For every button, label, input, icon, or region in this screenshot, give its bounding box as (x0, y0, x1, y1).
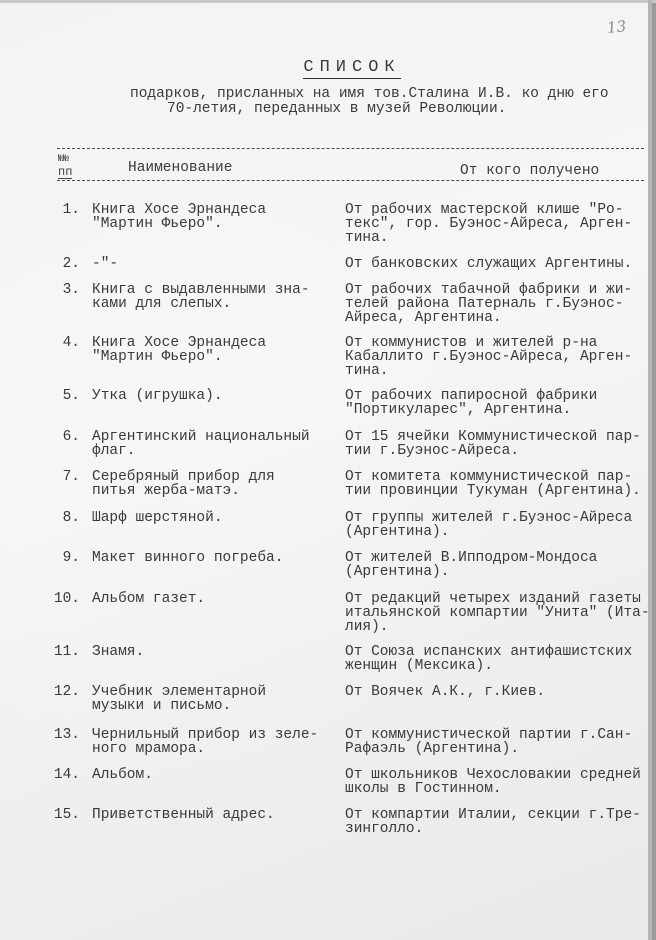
row-number: 2. (0, 257, 80, 271)
row-number: 12. (0, 685, 80, 699)
gift-sender: От Воячек А.К., г.Киев. (345, 685, 655, 699)
row-number: 15. (0, 808, 80, 822)
row-number: 8. (0, 511, 80, 525)
gift-name: Приветственный адрес. (92, 808, 332, 822)
gift-sender: От банковских служащих Аргентины. (345, 257, 655, 271)
gift-name: Аргентинский национальный флаг. (92, 430, 332, 458)
gift-sender: От компартии Италии, секции г.Тре- зинго… (345, 808, 655, 836)
row-number: 10. (0, 592, 80, 606)
row-number: 5. (0, 389, 80, 403)
row-number: 7. (0, 470, 80, 484)
gift-name: Макет винного погреба. (92, 551, 332, 565)
row-number: 9. (0, 551, 80, 565)
gift-name: Шарф шерстяной. (92, 511, 332, 525)
row-number: 1. (0, 203, 80, 217)
gift-sender: От 15 ячейки Коммунистической пар- тии г… (345, 430, 655, 458)
gift-sender: От коммунистов и жителей р-на Кабаллито … (345, 336, 655, 378)
gift-name: Альбом. (92, 768, 332, 782)
gift-name: -"- (92, 257, 332, 271)
subtitle-line-2: 70-летия, переданных в музей Революции. (130, 102, 650, 117)
row-number: 6. (0, 430, 80, 444)
row-number: 11. (0, 645, 80, 659)
table-top-rule (57, 148, 644, 149)
gift-name: Книга Хосе Эрнандеса "Мартин Фьеро". (92, 203, 332, 231)
gift-sender: От редакций четырех изданий газеты италь… (345, 592, 655, 634)
gift-sender: От школьников Чехословакии средней школы… (345, 768, 655, 796)
gift-name: Утка (игрушка). (92, 389, 332, 403)
gift-sender: От Союза испанских антифашистских женщин… (345, 645, 655, 673)
gift-sender: От коммунистической партии г.Сан- Рафаэл… (345, 728, 655, 756)
row-number: 14. (0, 768, 80, 782)
document-page: 13 СПИСОК подарков, присланных на имя то… (0, 0, 652, 940)
page-top-edge (0, 0, 656, 3)
column-header-number: №№ пп (58, 154, 72, 179)
gift-name: Серебряный прибор для питья жерба-матэ. (92, 470, 332, 498)
gift-name: Знамя. (92, 645, 332, 659)
column-header-from: От кого получено (460, 163, 599, 179)
gift-name: Альбом газет. (92, 592, 332, 606)
document-title-text: СПИСОК (303, 58, 400, 79)
gift-sender: От жителей В.Ипподром-Мондоса (Аргентина… (345, 551, 655, 579)
gift-name: Книга с выдавленными зна- ками для слепы… (92, 283, 332, 311)
subtitle-line-1: подарков, присланных на имя тов.Сталина … (130, 87, 650, 102)
document-subtitle: подарков, присланных на имя тов.Сталина … (130, 87, 650, 117)
gift-name: Книга Хосе Эрнандеса "Мартин Фьеро". (92, 336, 332, 364)
gift-sender: От рабочих табачной фабрики и жи- телей … (345, 283, 655, 325)
gift-name: Чернильный прибор из зеле- ного мрамора. (92, 728, 332, 756)
gift-sender: От комитета коммунистической пар- тии пр… (345, 470, 655, 498)
gift-name: Учебник элементарной музыки и письмо. (92, 685, 332, 713)
row-number: 13. (0, 728, 80, 742)
column-header-name: Наименование (128, 160, 232, 176)
handwritten-page-number: 13 (606, 17, 627, 37)
gift-sender: От рабочих папиросной фабрики "Портикула… (345, 389, 655, 417)
row-number: 4. (0, 336, 80, 350)
gift-sender: От группы жителей г.Буэнос-Айреса (Арген… (345, 511, 655, 539)
document-title: СПИСОК (0, 58, 652, 77)
table-header-rule (57, 180, 644, 181)
row-number: 3. (0, 283, 80, 297)
gift-sender: От рабочих мастерской клише "Ро- текс", … (345, 203, 655, 245)
